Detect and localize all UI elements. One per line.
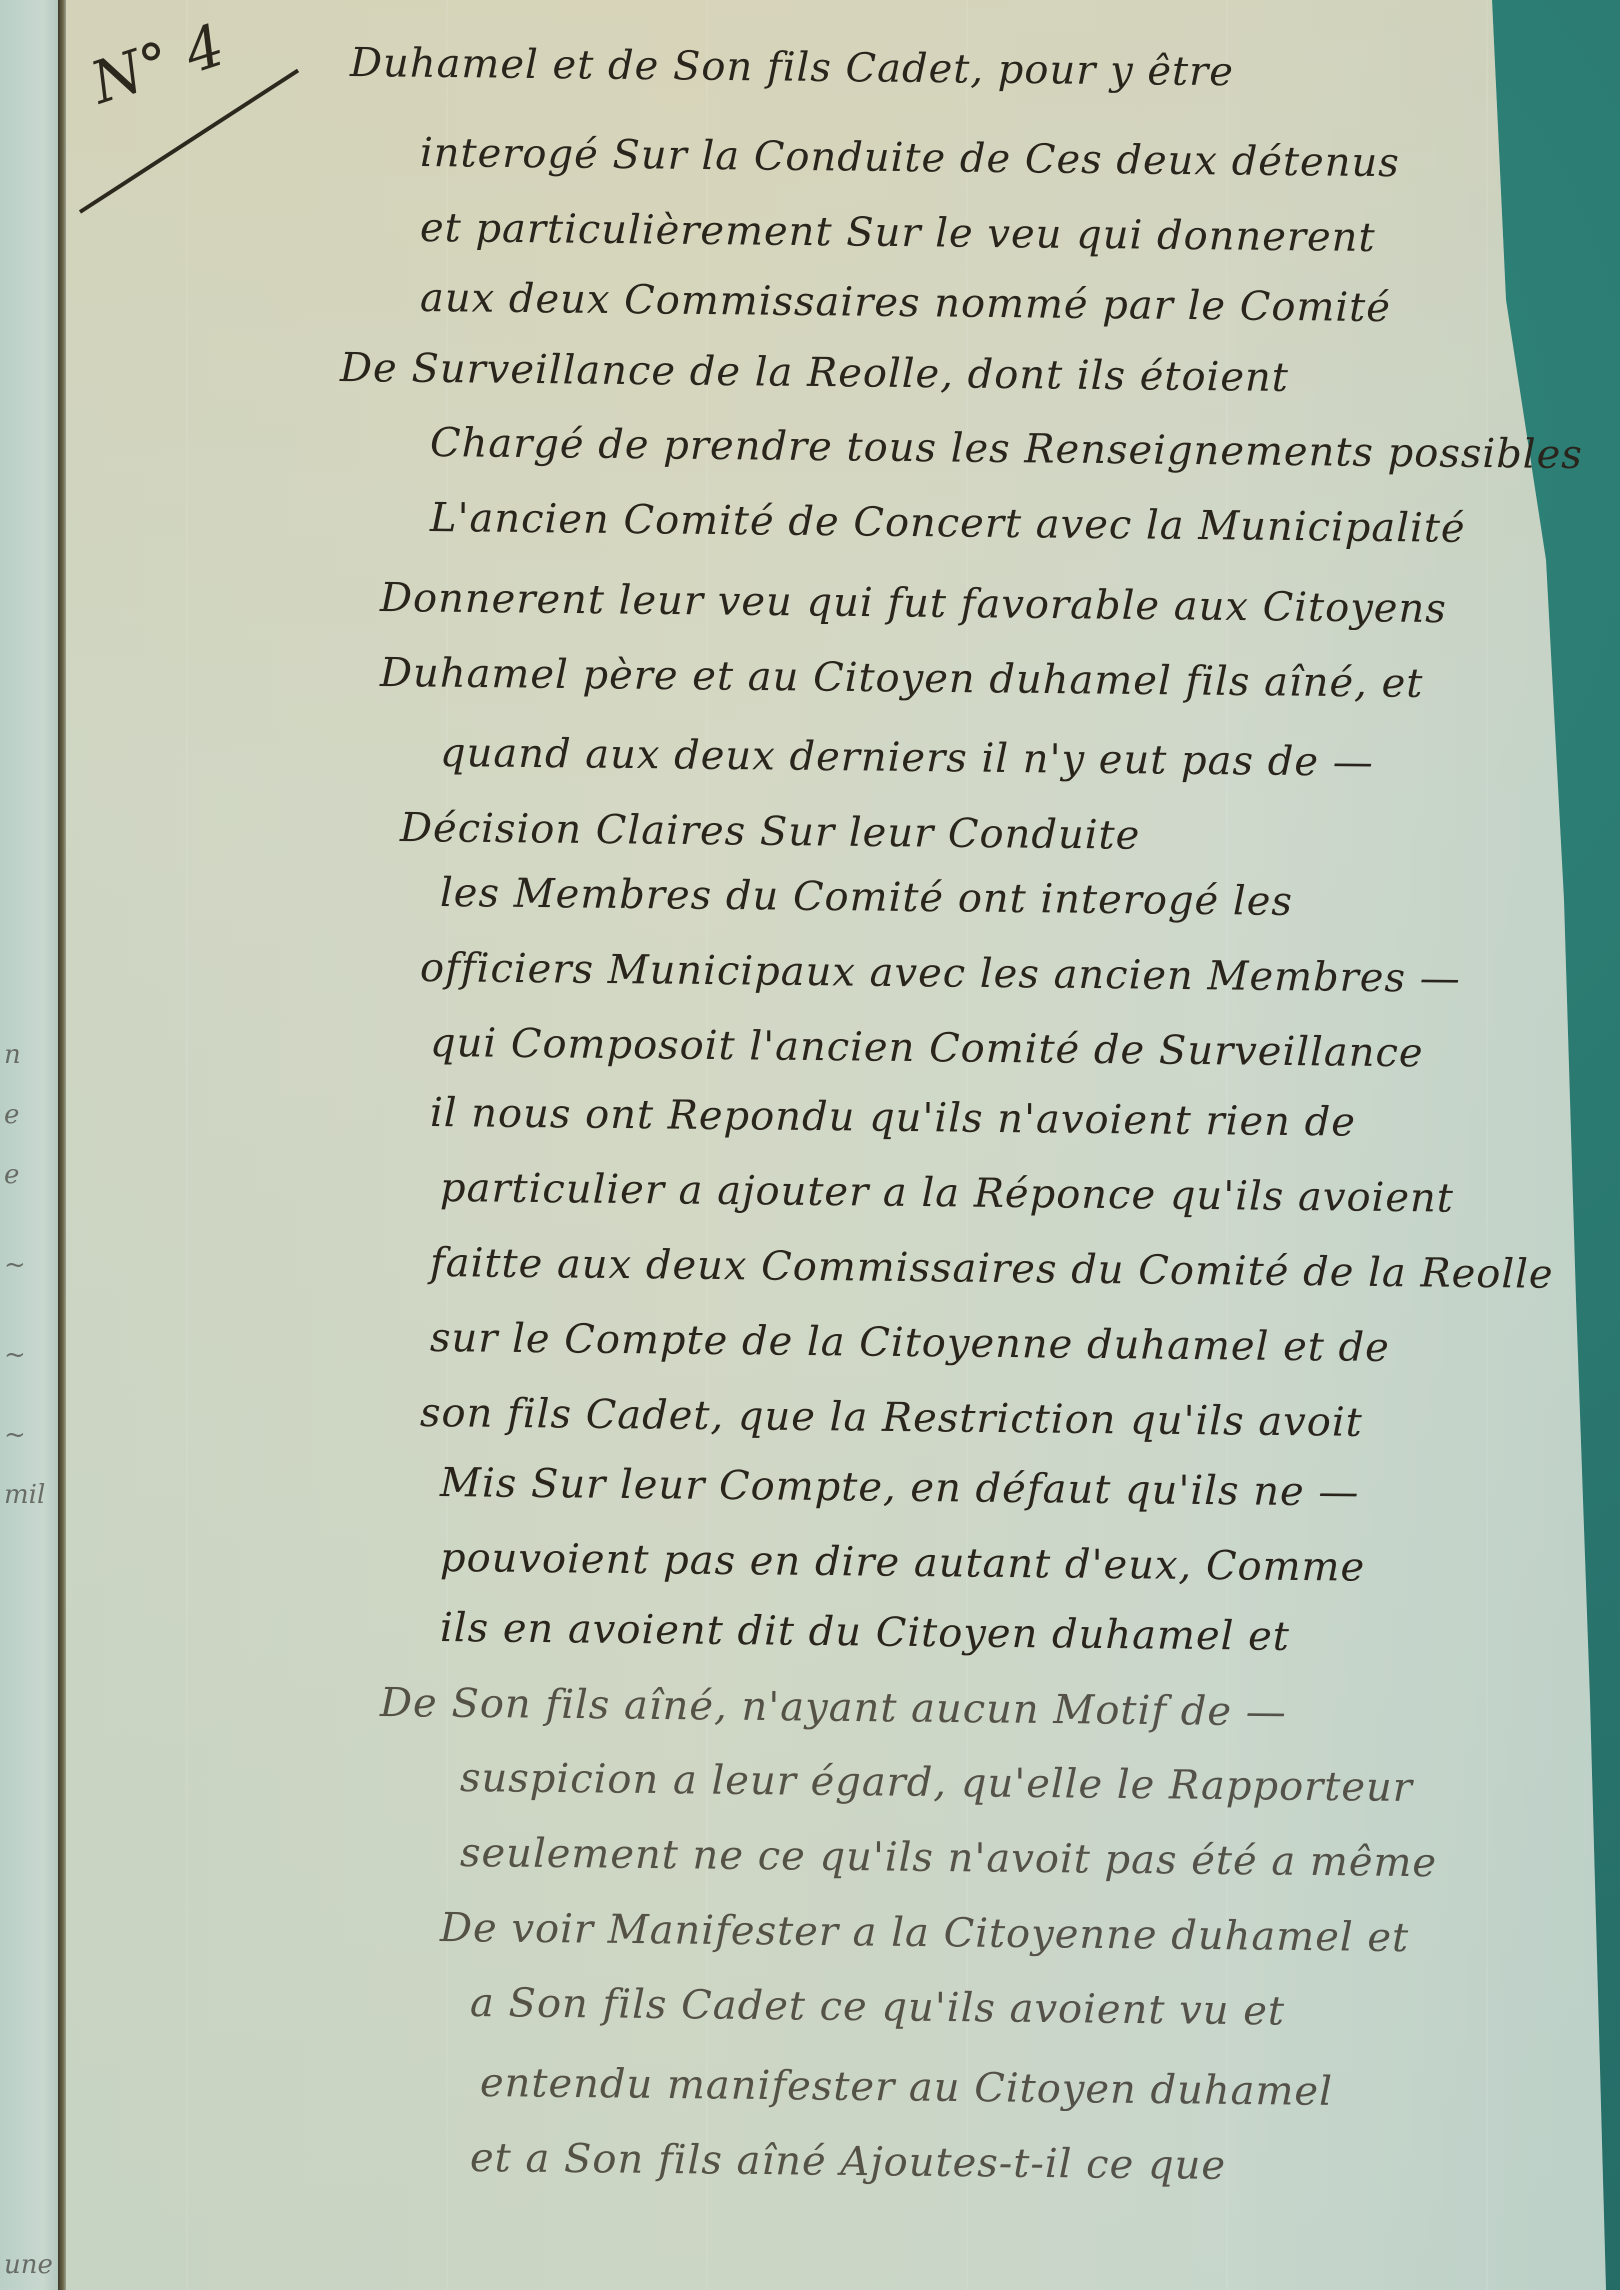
fragment-text: ~ (4, 1250, 26, 1280)
text-line: Duhamel et de Son fils Cadet, pour y êtr… (350, 40, 1234, 95)
fragment-text: n (4, 1040, 21, 1070)
binding-spine (58, 0, 66, 2290)
fragment-text: ~ (4, 1420, 26, 1450)
fragment-text: e (4, 1100, 19, 1130)
text-line: De Son fils aîné, n'ayant aucun Motif de… (380, 1680, 1287, 1735)
fragment-text: ~ (4, 1340, 26, 1370)
text-line: quand aux deux derniers il n'y eut pas d… (440, 730, 1374, 786)
fragment-text: e (4, 1160, 19, 1190)
text-line: et a Son fils aîné Ajoutes-t-il ce que (470, 2135, 1226, 2189)
fragment-text: une (4, 2250, 53, 2280)
text-line: les Membres du Comité ont interogé les (440, 870, 1293, 925)
adjacent-page-fragment: n e e ~ ~ ~ mil une (0, 0, 62, 2290)
text-line: il nous ont Repondu qu'ils n'avoient rie… (430, 1090, 1356, 1146)
text-line: ils en avoient dit du Citoyen duhamel et (440, 1605, 1290, 1660)
text-line: Mis Sur leur Compte, en défaut qu'ils ne… (440, 1460, 1360, 1516)
text-line: pouvoient pas en dire autant d'eux, Comm… (440, 1535, 1366, 1591)
text-line: a Son fils Cadet ce qu'ils avoient vu et (470, 1980, 1285, 2035)
text-line: Décision Claires Sur leur Conduite (400, 805, 1141, 859)
text-line: entendu manifester au Citoyen duhamel (480, 2060, 1333, 2115)
fragment-text: mil (4, 1480, 45, 1510)
text-line: son fils Cadet, que la Restriction qu'il… (420, 1390, 1363, 1446)
